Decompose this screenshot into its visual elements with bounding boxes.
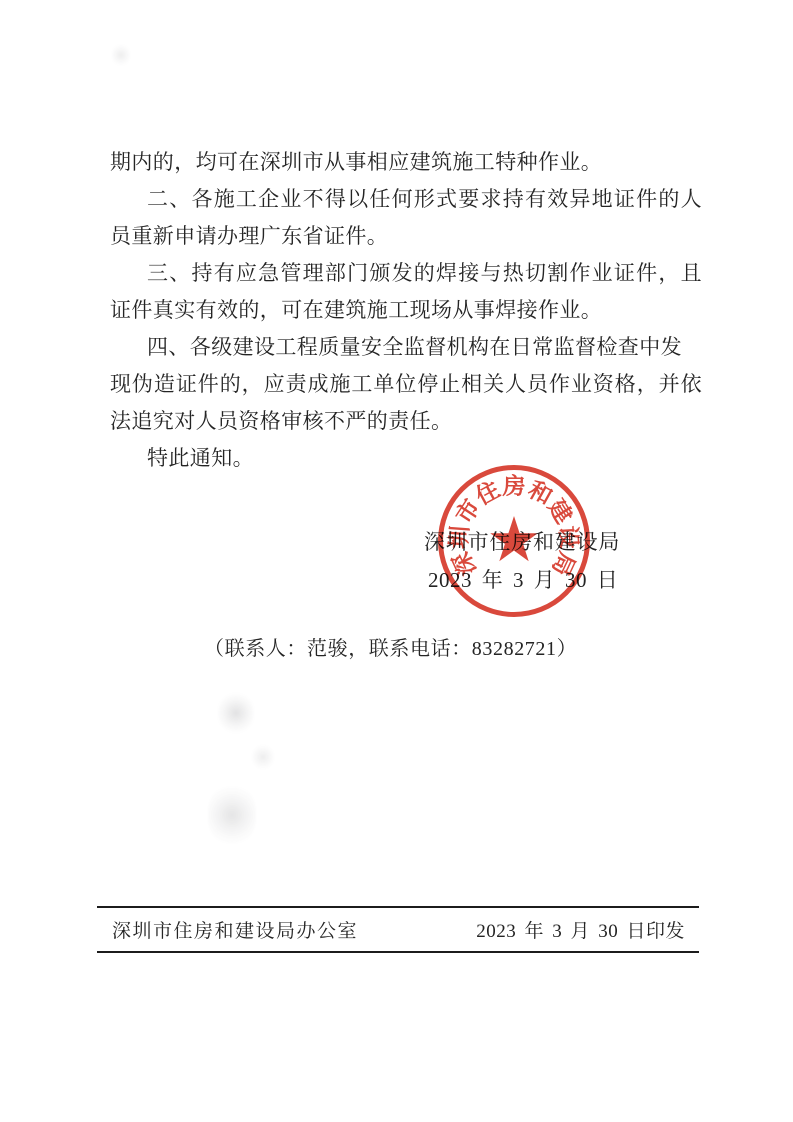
body-line: 法追究对人员资格审核不严的责任。 [110,409,702,433]
body-line: 四、各级建设工程质量安全监督机构在日常监督检查中发 [110,335,702,359]
footer-print-date: 2023 年 3 月 30 日印发 [476,916,685,943]
official-seal-stamp: 深圳市住房和建设局 [434,461,594,621]
body-line: 特此通知。 [110,446,702,470]
footer-office: 深圳市住房和建设局办公室 [112,916,358,943]
contact-info: （联系人：范骏，联系电话：83282721） [204,632,577,661]
scan-noise [252,742,274,772]
body-line: 二、各施工企业不得以任何形式要求持有效异地证件的人 [110,187,702,211]
document-page: 期内的，均可在深圳市从事相应建筑施工特种作业。 二、各施工企业不得以任何形式要求… [0,0,793,1122]
seal-star-icon [490,516,538,561]
body-line: 现伪造证件的，应责成施工单位停止相关人员作业资格，并依 [110,372,702,396]
scan-noise [112,42,130,68]
body-line: 员重新申请办理广东省证件。 [110,224,702,248]
body-line: 期内的，均可在深圳市从事相应建筑施工特种作业。 [110,150,702,174]
body-line: 证件真实有效的，可在建筑施工现场从事焊接作业。 [110,298,702,322]
document-footer: 深圳市住房和建设局办公室 2023 年 3 月 30 日印发 [97,906,699,953]
scan-noise [218,690,254,736]
body-line: 三、持有应急管理部门颁发的焊接与热切割作业证件，且 [110,261,702,285]
scan-noise [208,780,256,850]
